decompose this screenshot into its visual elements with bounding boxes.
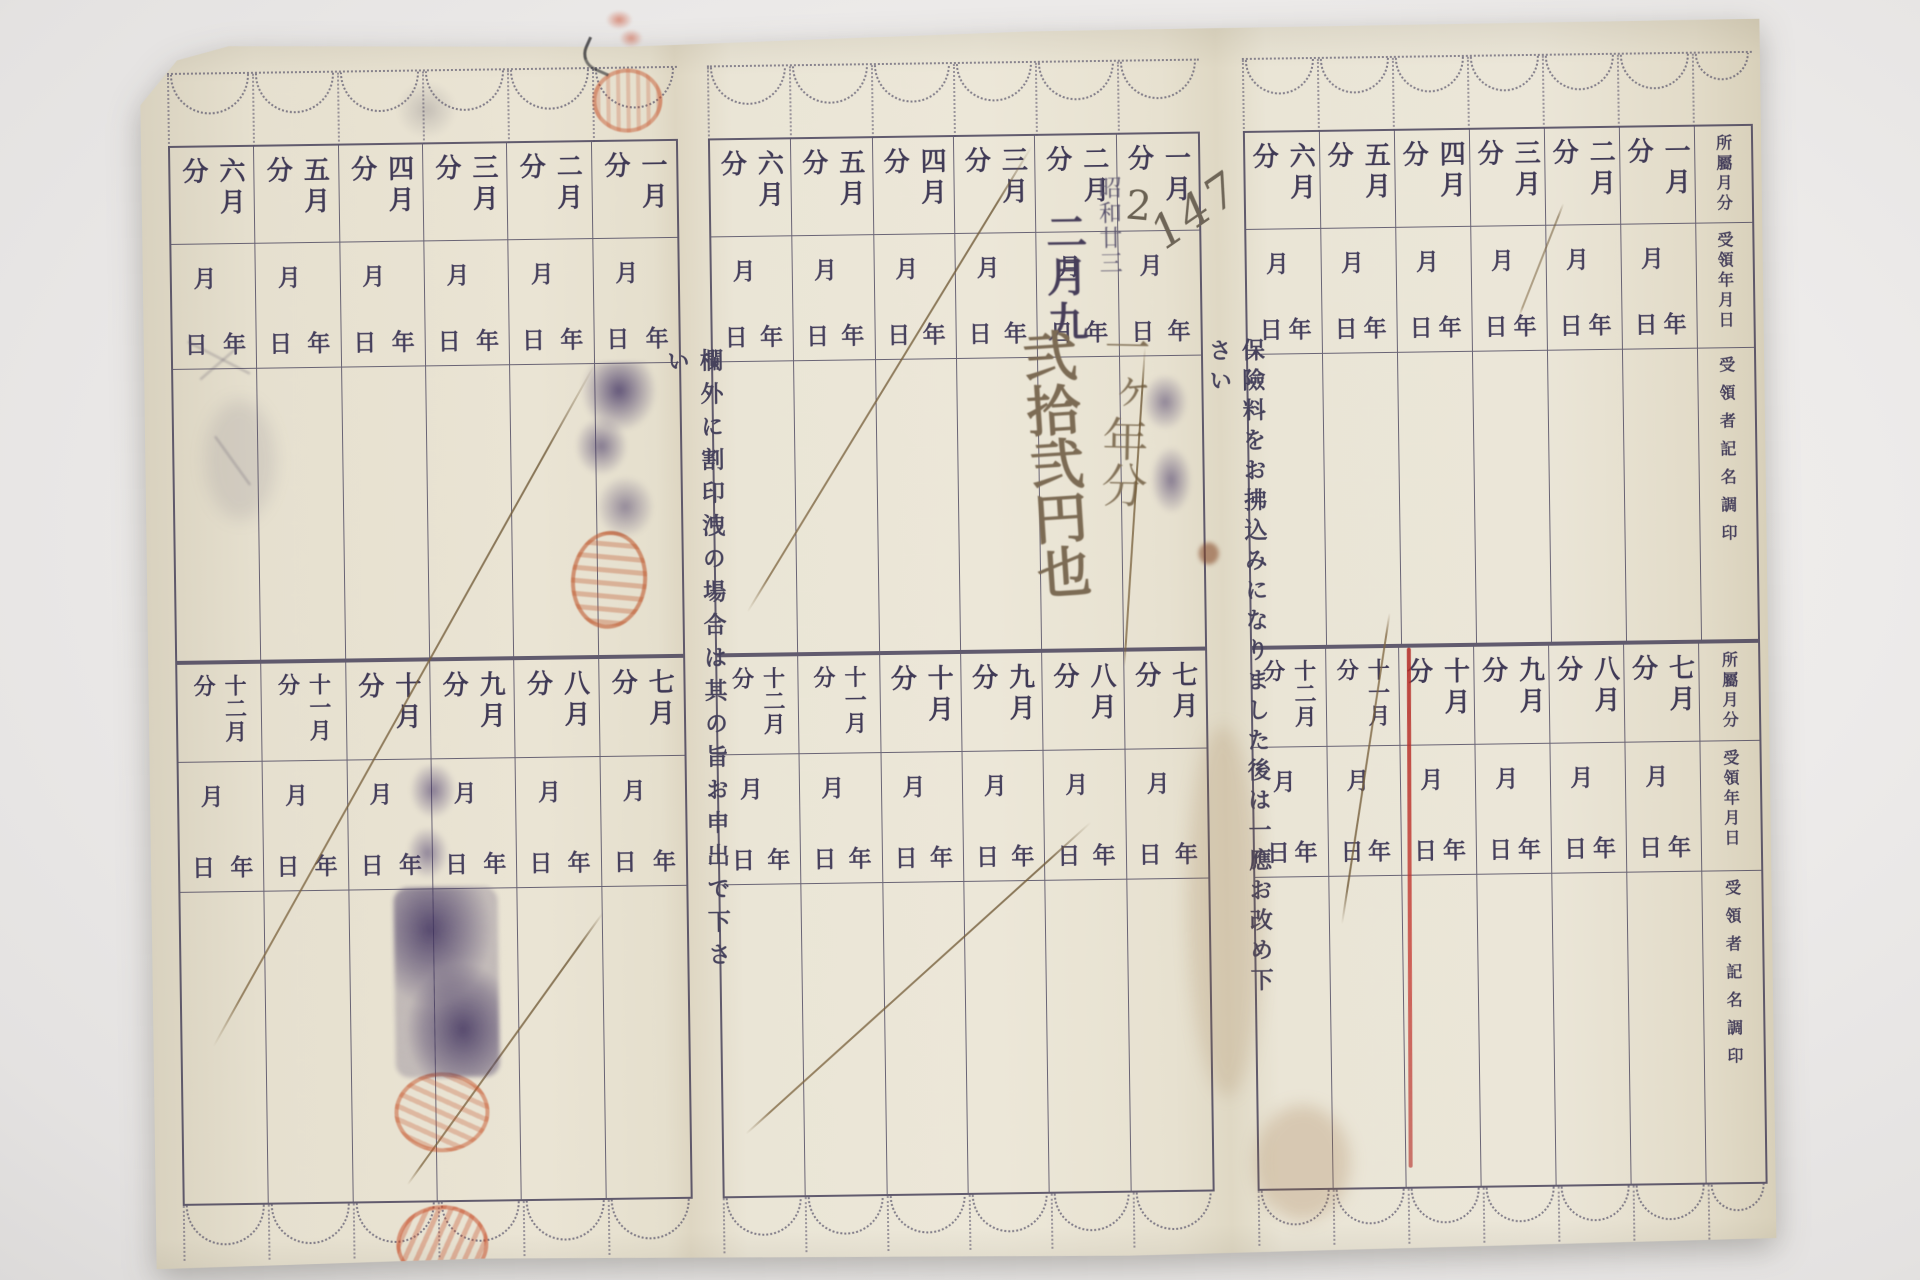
month-char: 月 <box>531 256 554 289</box>
scallop-arc <box>1335 1184 1405 1225</box>
year-char: 年 <box>567 844 590 877</box>
month-char: 月 <box>1146 765 1169 798</box>
date-entry-cell: 月日年 <box>1401 745 1477 876</box>
scallop-arc <box>1635 1184 1705 1220</box>
date-entry-cell: 月日年 <box>1044 750 1126 881</box>
scallop-border <box>723 1191 1216 1253</box>
receipt-header-label: 受領者記名調印 <box>1715 356 1741 552</box>
year-char: 年 <box>391 324 414 357</box>
year-char: 年 <box>483 845 506 878</box>
blank-entry-cell <box>257 368 344 660</box>
scallop-tick <box>789 66 792 139</box>
year-char: 年 <box>1518 831 1541 864</box>
receipt-header-cell: 受領者記名調印 <box>1698 348 1758 640</box>
scallop-arc <box>971 1191 1048 1232</box>
date-entry-cell: 月日年 <box>509 239 594 365</box>
month-header-cell: 十月分 <box>880 654 962 753</box>
date-entry-cell: 月日年 <box>1621 224 1697 350</box>
day-char: 日 <box>360 847 383 880</box>
scallop-tick <box>167 75 170 148</box>
month-label: 七月分 <box>1624 654 1699 742</box>
scallop-tick <box>1467 57 1470 130</box>
month-char: 月 <box>362 258 385 291</box>
scallop-arc <box>525 1199 605 1241</box>
month-char: 月 <box>976 249 999 282</box>
scallop-tick <box>608 1200 611 1255</box>
day-char: 日 <box>976 838 999 871</box>
month-column: 九月分月日年 <box>1474 646 1557 1186</box>
scallop-tick <box>1558 1187 1561 1242</box>
day-char: 日 <box>613 844 636 877</box>
month-label: 六月分 <box>1245 142 1320 229</box>
purple-stamp <box>393 886 500 1077</box>
month-label: 三月分 <box>957 146 1032 233</box>
month-label: 三月分 <box>1470 139 1545 226</box>
receipt-header-label: 受領者記名調印 <box>1720 879 1746 1075</box>
month-day-handwriting: 二月九 <box>1034 210 1095 346</box>
year-char: 年 <box>1663 306 1686 339</box>
scallop-tick <box>871 65 874 138</box>
day-char: 日 <box>1639 829 1662 862</box>
scallop-tick <box>1617 55 1620 128</box>
month-column: 四月分月日年 <box>339 144 430 658</box>
scallop-arc <box>807 1191 884 1235</box>
day-char: 日 <box>269 325 292 358</box>
day-char: 日 <box>813 841 836 874</box>
day-char: 日 <box>276 848 299 881</box>
scallop-tick <box>252 74 255 147</box>
premium-table: 十二月分月日年十一月分月日年十月分月日年九月分月日年八月分月日年七月分月日年所屬… <box>1250 641 1768 1191</box>
scallop-tick <box>969 1195 972 1250</box>
scallop-arc <box>725 1191 802 1236</box>
month-header-cell: 六月分 <box>170 147 255 245</box>
day-char: 日 <box>732 842 755 875</box>
month-char: 月 <box>1645 758 1668 791</box>
scallop-tick <box>268 1205 271 1260</box>
month-header-cell: 七月分 <box>1624 644 1699 743</box>
month-column: 四月分月日年 <box>1395 130 1477 644</box>
year-char: 年 <box>1443 832 1466 865</box>
blank-entry-cell <box>265 891 353 1203</box>
blank-entry-cell <box>180 892 268 1204</box>
era-year-stamp-handwriting: 昭和廿三 <box>1091 176 1125 276</box>
year-char: 年 <box>930 839 953 872</box>
day-char: 日 <box>606 321 629 354</box>
month-label: 五月分 <box>1320 141 1395 228</box>
month-label: 十一月分 <box>272 673 335 761</box>
month-label: 九月分 <box>435 670 510 758</box>
scallop-tick <box>1317 59 1320 132</box>
month-column: 十一月分月日年 <box>1326 648 1407 1188</box>
month-column: 三月分月日年 <box>1470 129 1552 643</box>
year-char: 年 <box>1167 313 1190 346</box>
month-label: 十二月分 <box>726 666 789 754</box>
day-char: 日 <box>522 322 545 355</box>
scallop-tick <box>805 1197 808 1252</box>
month-char: 月 <box>814 252 837 285</box>
day-char: 日 <box>806 318 829 351</box>
year-char: 年 <box>230 849 253 882</box>
month-header-cell: 五月分 <box>254 146 339 244</box>
month-label: 十一月分 <box>1331 658 1394 746</box>
month-label: 二月分 <box>512 152 587 239</box>
year-char: 年 <box>1593 830 1616 863</box>
year-char: 年 <box>1011 838 1034 871</box>
day-char: 日 <box>1484 308 1507 341</box>
month-char: 月 <box>821 770 844 803</box>
blank-entry-cell <box>1627 872 1705 1184</box>
scallop-tick <box>723 1198 726 1253</box>
date-entry-cell: 月日年 <box>1476 744 1552 875</box>
day-char: 日 <box>437 323 460 356</box>
scallop-arc <box>1394 51 1464 92</box>
date-entry-cell: 月日年 <box>711 236 793 362</box>
scallop-arc <box>509 66 589 110</box>
scallop-arc <box>1244 51 1314 95</box>
scallop-arc <box>270 1199 350 1244</box>
scallop-arc <box>873 59 950 104</box>
month-column: 八月分月日年 <box>1042 652 1131 1192</box>
month-char: 月 <box>622 772 645 805</box>
scallop-border <box>1242 51 1753 133</box>
blank-entry-cell <box>1623 349 1701 641</box>
scallop-tick <box>1392 58 1395 131</box>
month-column: 十一月分月日年 <box>798 655 887 1195</box>
scallop-tick <box>353 1203 356 1258</box>
month-char: 月 <box>1495 760 1518 793</box>
month-column: 十二月分月日年 <box>177 664 269 1204</box>
month-label: 十一月分 <box>808 665 871 753</box>
month-column: 一月分月日年 <box>1620 127 1702 641</box>
year-char: 年 <box>1513 308 1536 341</box>
month-header-cell: 二月分 <box>507 142 592 240</box>
receipt-header-column: 所屬月分受領年月日受領者記名調印 <box>1699 643 1765 1183</box>
month-header-cell: 五月分 <box>1320 131 1395 229</box>
month-label: 七月分 <box>1128 661 1203 749</box>
month-char: 月 <box>902 768 925 801</box>
month-header-cell: 一月分 <box>1620 127 1695 225</box>
date-entry-cell: 月日年 <box>340 241 425 367</box>
month-label: 八月分 <box>1549 655 1624 743</box>
date-entry-cell: 月日年 <box>1246 229 1322 355</box>
scallop-arc <box>955 59 1032 102</box>
scallop-tick <box>953 64 956 137</box>
scallop-arc <box>1135 1191 1212 1230</box>
panel-grid: 六月分月日年五月分月日年四月分月日年三月分月日年二月分月日年一月分月日年十二月分… <box>140 19 1760 42</box>
receipt-header-label: 所屬月分 <box>1711 134 1735 214</box>
month-label: 四月分 <box>1395 140 1470 227</box>
month-char: 月 <box>895 251 918 284</box>
receipt-header-cell: 受領者記名調印 <box>1702 871 1765 1183</box>
date-entry-cell: 月日年 <box>1546 225 1622 351</box>
scallop-arc <box>254 66 334 113</box>
blank-entry-cell <box>1046 880 1131 1192</box>
scallop-tick <box>523 1201 526 1256</box>
scallop-arc <box>1119 59 1196 100</box>
month-header-cell: 五月分 <box>791 138 873 236</box>
month-char: 月 <box>1416 243 1439 276</box>
scallop-tick <box>1117 62 1120 135</box>
month-header-cell: 四月分 <box>339 144 424 242</box>
scallop-arc <box>1469 51 1539 91</box>
blank-entry-cell <box>1477 874 1555 1186</box>
month-header-cell: 三月分 <box>1470 129 1545 227</box>
scallop-tick <box>507 70 510 143</box>
scallop-arc <box>1053 1191 1130 1231</box>
scallop-tick <box>337 73 340 146</box>
month-label: 四月分 <box>343 154 418 241</box>
month-header-cell: 六月分 <box>710 139 792 237</box>
blank-entry-cell <box>1323 353 1401 645</box>
scallop-tick <box>1542 56 1545 129</box>
month-column: 四月分月日年 <box>873 137 961 651</box>
scallop-arc <box>709 59 786 106</box>
blank-entry-cell <box>802 883 887 1195</box>
month-label: 九月分 <box>964 663 1039 751</box>
date-entry-cell: 月日年 <box>516 757 601 888</box>
month-char: 月 <box>1139 247 1162 280</box>
blank-entry-cell <box>1402 875 1480 1187</box>
month-column: 八月分月日年 <box>514 659 606 1199</box>
red-arc-stamp <box>396 1205 489 1280</box>
month-label: 八月分 <box>519 669 594 757</box>
scallop-arc <box>610 1199 690 1240</box>
day-char: 日 <box>1409 309 1432 342</box>
scallop-tick <box>1258 1191 1261 1246</box>
receipt-header-label: 所屬月分 <box>1717 651 1741 731</box>
premium-table: 十二月分月日年十一月分月日年十月分月日年九月分月日年八月分月日年七月分月日年 <box>715 649 1215 1199</box>
scallop-tick <box>1483 1188 1486 1243</box>
month-char: 月 <box>278 259 301 292</box>
blank-entry-cell <box>964 881 1049 1193</box>
month-char: 月 <box>446 257 469 290</box>
blank-entry-cell <box>876 359 960 651</box>
month-column: 七月分月日年 <box>1624 644 1707 1184</box>
month-column: 九月分月日年 <box>961 653 1050 1193</box>
date-entry-cell: 月日年 <box>1471 226 1547 352</box>
date-entry-cell: 月日年 <box>424 240 509 366</box>
day-char: 日 <box>1334 310 1357 343</box>
receipt-header-label: 受領年月日 <box>1719 749 1743 849</box>
scallop-tick <box>1708 1185 1711 1240</box>
year-char: 年 <box>560 321 583 354</box>
month-char: 月 <box>740 771 763 804</box>
month-char: 月 <box>1266 245 1289 278</box>
month-char: 月 <box>1641 240 1664 273</box>
day-char: 日 <box>1414 832 1437 865</box>
month-header-cell: 三月分 <box>954 136 1036 234</box>
date-entry-cell: 月日年 <box>171 244 256 370</box>
month-char: 月 <box>615 254 638 287</box>
date-entry-cell: 月日年 <box>800 753 882 884</box>
month-header-cell: 一月分 <box>592 141 678 239</box>
day-char: 日 <box>529 845 552 878</box>
month-label: 九月分 <box>1474 656 1549 744</box>
month-char: 月 <box>1566 241 1589 274</box>
stain <box>1199 542 1219 564</box>
purple-blotch <box>568 362 663 548</box>
scallop-border <box>707 59 1200 141</box>
day-char: 日 <box>887 317 910 350</box>
purple-smudge <box>402 765 466 891</box>
year-char: 年 <box>848 840 871 873</box>
month-column: 八月分月日年 <box>1549 645 1632 1185</box>
month-header-cell: 七月分 <box>1124 651 1207 750</box>
month-column: 二月分月日年 <box>1545 128 1627 642</box>
scallop-arc <box>1560 1184 1630 1221</box>
blank-entry-cell <box>1473 351 1551 643</box>
margin-note-left: 欄外に割印洩の場合は其の旨お申出で下さい <box>660 348 735 979</box>
scallop-tick <box>1242 60 1245 133</box>
blank-entry-cell <box>518 887 606 1199</box>
year-char: 年 <box>476 322 499 355</box>
scallop-arc <box>1319 51 1389 94</box>
photo-background: 六月分月日年五月分月日年四月分月日年三月分月日年二月分月日年一月分月日年十二月分… <box>0 0 1920 1280</box>
month-column: 五月分月日年 <box>791 138 879 652</box>
day-char: 日 <box>1634 306 1657 339</box>
premium-table: 六月分月日年五月分月日年四月分月日年三月分月日年二月分月日年一月分月日年所屬月分… <box>1243 124 1760 648</box>
day-char: 日 <box>1559 307 1582 340</box>
scallop-tick <box>707 67 710 140</box>
month-column: 十月分月日年 <box>880 654 969 1194</box>
month-char: 月 <box>538 774 561 807</box>
scallop-arc <box>1710 1184 1765 1212</box>
scallop-arc <box>1544 51 1614 90</box>
receipt-header-cell: 所屬月分 <box>1699 643 1759 742</box>
scallop-arc <box>791 59 868 105</box>
year-char: 年 <box>1668 829 1691 862</box>
scallop-arc <box>1619 51 1689 89</box>
month-label: 一月分 <box>597 151 672 238</box>
blank-entry-cell <box>794 360 878 652</box>
month-char: 月 <box>193 260 216 293</box>
month-header-cell: 十一月分 <box>798 655 880 754</box>
day-char: 日 <box>1564 830 1587 863</box>
year-char: 年 <box>1588 307 1611 340</box>
month-label: 四月分 <box>876 147 951 234</box>
scallop-arc <box>1410 1184 1480 1223</box>
month-header-cell: 三月分 <box>423 143 508 241</box>
month-column: 五月分月日年 <box>254 146 345 660</box>
month-header-cell: 八月分 <box>514 659 599 758</box>
year-char: 年 <box>314 848 337 881</box>
receipt-header-cell: 受領年月日 <box>1696 223 1754 349</box>
blank-entry-cell <box>426 365 513 657</box>
scallop-arc <box>1485 1184 1555 1222</box>
year-char: 年 <box>1288 311 1311 344</box>
month-char: 月 <box>1491 242 1514 275</box>
month-label: 十二月分 <box>188 674 251 762</box>
month-header-cell: 六月分 <box>1245 132 1320 230</box>
month-char: 月 <box>984 767 1007 800</box>
day-char: 日 <box>1489 831 1512 864</box>
receipt-header-label: 受領年月日 <box>1713 231 1737 331</box>
scallop-arc <box>889 1191 966 1234</box>
day-char: 日 <box>968 316 991 349</box>
scallop-arc <box>1694 51 1749 81</box>
day-char: 日 <box>353 324 376 357</box>
month-label: 一月分 <box>1620 137 1695 224</box>
month-char: 月 <box>1273 763 1296 796</box>
year-char: 年 <box>767 841 790 874</box>
purple-smudge <box>1142 375 1194 526</box>
blank-entry-cell <box>1552 873 1630 1185</box>
date-entry-cell: 月日年 <box>593 238 679 364</box>
month-header-cell: 二月分 <box>1545 128 1620 226</box>
month-header-cell: 十二月分 <box>177 664 262 763</box>
blank-entry-cell <box>883 882 968 1194</box>
scallop-tick <box>1035 63 1038 136</box>
year-char: 年 <box>1294 834 1317 867</box>
month-label: 十月分 <box>883 664 958 752</box>
date-entry-cell: 月日年 <box>1551 743 1627 874</box>
year-char: 年 <box>1092 837 1115 870</box>
year-char: 年 <box>1363 310 1386 343</box>
month-label: 二月分 <box>1545 138 1620 225</box>
blank-entry-cell <box>1398 352 1476 644</box>
scallop-tick <box>183 1206 186 1261</box>
month-header-cell: 九月分 <box>1474 646 1549 745</box>
month-label: 五月分 <box>795 148 870 235</box>
blank-entry-cell <box>1548 350 1626 642</box>
day-char: 日 <box>724 319 747 352</box>
month-label: 五月分 <box>259 156 334 243</box>
receipt-header-column: 所屬月分受領年月日受領者記名調印 <box>1695 126 1758 640</box>
month-char: 月 <box>285 777 308 810</box>
month-label: 八月分 <box>1046 662 1121 750</box>
month-char: 月 <box>732 253 755 286</box>
month-label: 六月分 <box>713 149 788 236</box>
month-column: 五月分月日年 <box>1320 131 1402 645</box>
scallop-tick <box>1133 1193 1136 1248</box>
date-entry-cell: 月日年 <box>256 243 341 369</box>
date-entry-cell: 月日年 <box>1626 742 1702 873</box>
scallop-tick <box>1408 1189 1411 1244</box>
month-column: 三月分月日年 <box>423 143 514 657</box>
gray-smudge <box>386 67 467 153</box>
year-char: 年 <box>1438 309 1461 342</box>
year-char: 年 <box>841 317 864 350</box>
month-char: 月 <box>200 778 223 811</box>
date-entry-cell: 月日年 <box>881 752 963 883</box>
date-entry-cell: 月日年 <box>1396 227 1472 353</box>
day-char: 日 <box>894 840 917 873</box>
month-header-cell: 四月分 <box>873 137 955 235</box>
date-entry-cell: 月日年 <box>962 751 1044 882</box>
receipt-paper-wrap: 六月分月日年五月分月日年四月分月日年三月分月日年二月分月日年一月分月日年十二月分… <box>140 19 1777 1269</box>
scallop-tick <box>887 1196 890 1251</box>
month-header-cell: 九月分 <box>430 660 515 759</box>
day-char: 日 <box>192 849 215 882</box>
year-char: 年 <box>1368 833 1391 866</box>
date-entry-cell: 月日年 <box>874 234 956 360</box>
receipt-header-cell: 受領年月日 <box>1701 741 1762 872</box>
day-char: 日 <box>1138 836 1161 869</box>
receipt-header-cell: 所屬月分 <box>1695 126 1752 224</box>
month-header-cell: 八月分 <box>1549 645 1624 744</box>
month-header-cell: 十一月分 <box>1326 648 1400 747</box>
scallop-tick <box>1051 1194 1054 1249</box>
scallop-arc <box>185 1199 265 1246</box>
scallop-tick <box>1692 54 1695 127</box>
month-header-cell: 四月分 <box>1395 130 1470 228</box>
scallop-tick <box>1633 1186 1636 1241</box>
month-char: 月 <box>1570 759 1593 792</box>
scallop-arc <box>169 66 249 115</box>
date-entry-cell: 月日年 <box>793 235 875 361</box>
date-entry-cell: 月日年 <box>1321 228 1397 354</box>
month-char: 月 <box>369 776 392 809</box>
